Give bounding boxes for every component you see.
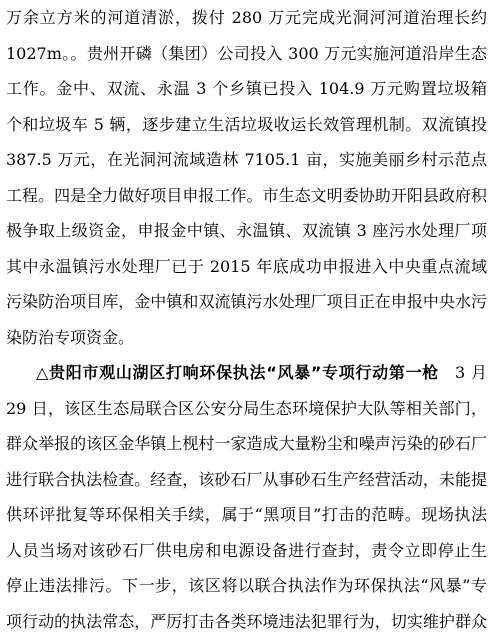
text-line: 极争取上级资金，申报金中镇、永温镇、双流镇 3 座污水处理厂项目， (6, 213, 487, 249)
text-line: 工程。四是全力做好项目申报工作。市生态文明委协助开阳县政府积 (6, 178, 487, 214)
text-line: 项行动的执法常态，严厉打击各类环境违法犯罪行为，切实维护群众 (6, 604, 487, 639)
text-line: 其中永温镇污水处理厂已于 2015 年底成功申报进入中央重点流域水 (6, 249, 487, 285)
text-line: 29 日，该区生态局联合区公安分局生态环境保护大队等相关部门，对 (6, 391, 487, 427)
text-line: 1027m。。贵州开磷（集团）公司投入 300 万元实施河道沿岸生态恢复 (6, 36, 487, 72)
heading-line: △贵阳市观山湖区打响环保执法“风暴”专项行动第一枪3 月 (6, 355, 487, 391)
text-line: 万余立方米的河道清淤，拨付 280 万元完成光洞河河道治理长约 (6, 0, 487, 36)
text-line: 停止违法排污。下一步，该区将以联合执法作为环保执法“风暴”专 (6, 568, 487, 604)
heading-tail-text: 3 月 (455, 363, 487, 382)
text-line: 进行联合执法检查。经查，该砂石厂从事砂石生产经营活动，未能提 (6, 462, 487, 498)
section-heading: △贵阳市观山湖区打响环保执法“风暴”专项行动第一枪 (36, 363, 439, 382)
document-page: 万余立方米的河道清淤，拨付 280 万元完成光洞河河道治理长约 1027m。。贵… (0, 0, 493, 639)
text-line: 供环评批复等环保相关手续，属于“黑项目”打击的范畴。现场执法 (6, 497, 487, 533)
text-line: 群众举报的该区金华镇上枧村一家造成大量粉尘和噪声污染的砂石厂 (6, 426, 487, 462)
text-line: 人员当场对该砂石厂供电房和电源设备进行查封，责令立即停止生产， (6, 533, 487, 569)
paragraph-end-line: 染防治专项资金。 (6, 320, 487, 356)
text-line: 387.5 万元，在光洞河流域造林 7105.1 亩，实施美丽乡村示范点清洁 (6, 142, 487, 178)
text-line: 个和垃圾车 5 辆，逐步建立生活垃圾收运长效管理机制。双流镇投资 (6, 107, 487, 143)
text-line: 工作。金中、双流、永温 3 个乡镇已投入 104.9 万元购置垃圾箱 102 (6, 71, 487, 107)
text-line: 污染防治项目库，金中镇和双流镇污水处理厂项目正在申报中央水污 (6, 284, 487, 320)
